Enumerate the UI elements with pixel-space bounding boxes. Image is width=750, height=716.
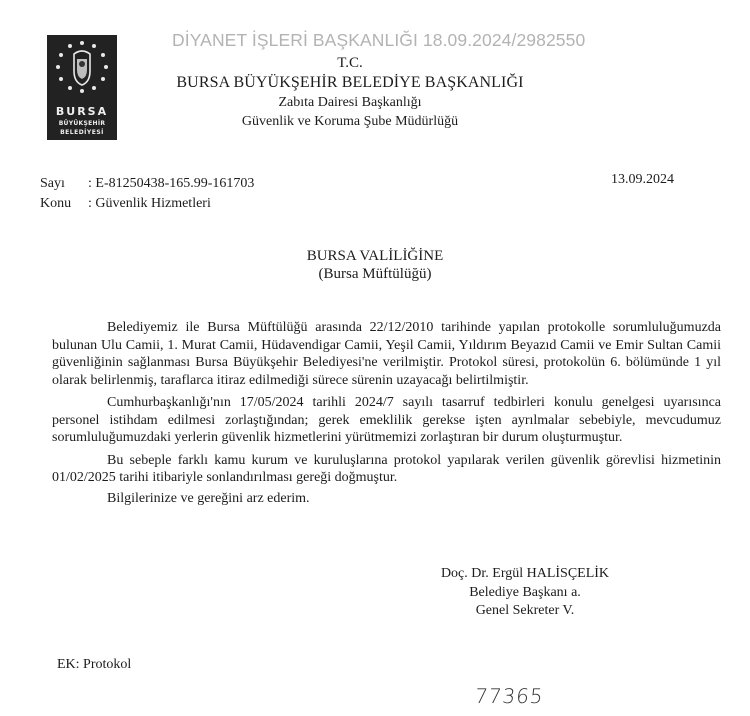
handwritten-number: 77365 (474, 684, 545, 708)
header-branch: Güvenlik ve Koruma Şube Müdürlüğü (150, 114, 550, 130)
header-institution: BURSA BÜYÜKŞEHİR BELEDİYE BAŞKANLIĞI (150, 74, 550, 92)
paragraph-2: Cumhurbaşkanlığı'nın 17/05/2024 tarihli … (52, 394, 721, 447)
recipient: BURSA VALİLİĞİNE (Bursa Müftülüğü) (250, 247, 500, 283)
municipality-logo: BURSA BÜYÜKŞEHİR BELEDİYESİ (47, 35, 117, 140)
recipient-sub: (Bursa Müftülüğü) (250, 265, 500, 283)
registry-watermark: DİYANET İŞLERİ BAŞKANLIĞI 18.09.2024/298… (172, 30, 585, 51)
logo-text-belediyesi: BELEDİYESİ (47, 129, 117, 136)
header-department: Zabıta Dairesi Başkanlığı (150, 95, 550, 111)
logo-text-buyuksehir: BÜYÜKŞEHİR (47, 120, 117, 127)
paragraph-3: Bu sebeple farklı kamu kurum ve kuruluşl… (52, 452, 721, 487)
konu-label: Konu (40, 196, 88, 212)
sayi-label: Sayı (40, 176, 88, 192)
signatory-name: Doç. Dr. Ergül HALİSÇELİK (400, 565, 650, 584)
sayi-value: : E-81250438-165.99-161703 (88, 176, 254, 191)
bursa-emblem-icon (47, 37, 117, 99)
paragraph-1: Belediyemiz ile Bursa Müftülüğü arasında… (52, 319, 721, 389)
subject: Konu: Güvenlik Hizmetleri (40, 196, 211, 212)
recipient-name: BURSA VALİLİĞİNE (250, 247, 500, 265)
konu-value: : Güvenlik Hizmetleri (88, 196, 211, 211)
signature-block: Doç. Dr. Ergül HALİSÇELİK Belediye Başka… (400, 565, 650, 621)
document-date: 13.09.2024 (611, 172, 674, 188)
letter-body: Belediyemiz ile Bursa Müftülüğü arasında… (52, 319, 721, 512)
signatory-title-1: Belediye Başkanı a. (400, 584, 650, 603)
header-tc: T.C. (150, 55, 550, 72)
reference-number: Sayı: E-81250438-165.99-161703 (40, 176, 254, 192)
logo-text-bursa: BURSA (47, 105, 117, 118)
signatory-title-2: Genel Sekreter V. (400, 602, 650, 621)
paragraph-4: Bilgilerinize ve gereğini arz ederim. (52, 490, 721, 508)
attachment-note: EK: Protokol (57, 657, 131, 673)
